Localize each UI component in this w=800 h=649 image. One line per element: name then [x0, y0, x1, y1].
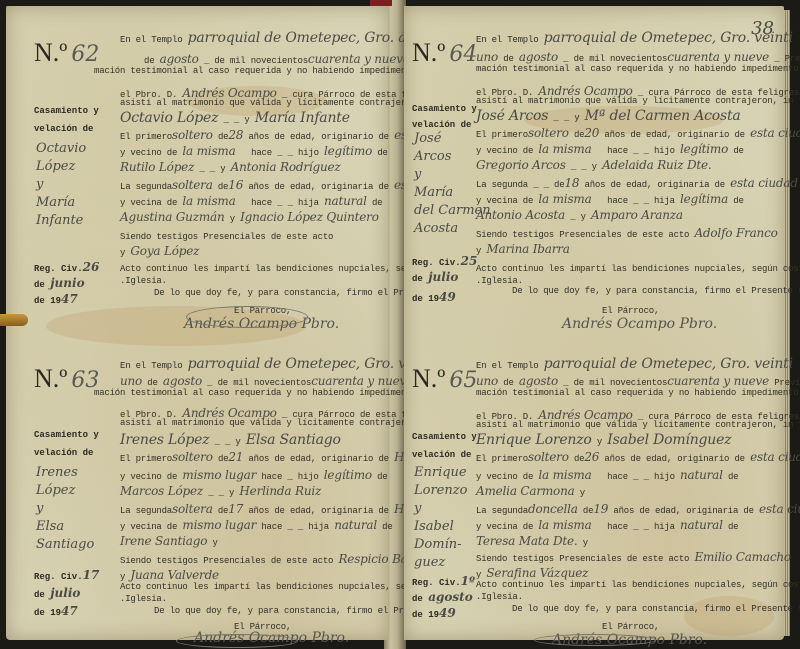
- bride-residence-line: y vecina de mismo lugar hace _ _ hija na…: [120, 518, 393, 532]
- priest-signature: Andrés Ocampo Pbro.: [562, 316, 717, 332]
- record-number: N.º65: [412, 364, 477, 394]
- margin-label: Casamiento y: [412, 432, 477, 442]
- groom-residence-line: y vecino de mismo lugar hace _ hijo legí…: [120, 468, 388, 482]
- civil-registry-month: de julio: [412, 270, 458, 284]
- blessing-line: Acto continuo les impartí las bendicione…: [476, 264, 800, 274]
- attest-line: De lo que doy fe, y para constancia, fir…: [512, 286, 800, 296]
- groom-residence-line: y vecino de la misma hace _ _ hijo natur…: [476, 468, 738, 482]
- couple-line: Octavio López _ _ y María Infante: [120, 110, 350, 126]
- bride-residence-line: y vecina de la misma hace _ _ hija legít…: [476, 192, 744, 206]
- blessing-line-2: .Iglesia.: [120, 276, 167, 286]
- right-page: 38 N.º64 En el Templo parroquial de Omet…: [404, 6, 784, 640]
- civil-registry-month: de junio: [34, 276, 85, 290]
- margin-label: velación de: [412, 120, 471, 130]
- civil-registry-month: de julio: [34, 586, 80, 600]
- info-line: mación testimonial al caso requerida y n…: [476, 388, 800, 398]
- bride-parents-line: Teresa Mata Dte. y: [476, 534, 588, 548]
- record-number: N.º64: [412, 38, 477, 68]
- bride-parents-line: Agustina Guzmán y Ignacio López Quintero: [120, 210, 379, 224]
- margin-label: Casamiento y: [34, 430, 99, 440]
- blessing-line-2: .Iglesia.: [476, 592, 523, 602]
- blessing-line: Acto continuo les impartí las bendicione…: [476, 580, 800, 590]
- margin-names: EnriqueLorenzoyIsabelDomín-guez: [414, 464, 467, 572]
- signature-flourish: [534, 634, 656, 646]
- signature-flourish: [186, 306, 308, 328]
- margin-label: Casamiento y: [412, 104, 477, 114]
- margin-label: velación de: [34, 124, 93, 134]
- witness2-line: y Marina Ibarra: [476, 242, 570, 256]
- margin-names: OctavioLópezyMaríaInfante: [36, 140, 86, 230]
- bookmark-ribbon: [0, 314, 28, 326]
- civil-registry: Reg. Civ.26: [34, 260, 99, 274]
- couple-line: José Arcos _ _ y Mª del Carmen Acosta: [476, 108, 741, 124]
- margin-names: JoséArcosyMaríadel CarmenAcosta: [414, 130, 491, 238]
- witnesses-line: Siendo testigos Presenciales de este act…: [120, 228, 333, 242]
- blessing-line-2: .Iglesia.: [120, 594, 167, 604]
- couple-line: Enrique Lorenzo y Isabel Domínguez: [476, 432, 731, 448]
- parroco-label: El Párroco,: [602, 306, 659, 316]
- attest-line: De lo que doy fe, y para constancia, fir…: [512, 604, 800, 614]
- margin-label: Casamiento y: [34, 106, 99, 116]
- marriage-record-65: N.º65 En el Templo parroquial de Ometepe…: [412, 346, 784, 646]
- bride-residence-line: y vecina de la misma hace _ _ hija natur…: [120, 194, 382, 208]
- civil-registry: Reg. Civ.1º: [412, 574, 475, 588]
- witnesses-line: Siendo testigos Presenciales de este act…: [476, 226, 778, 240]
- civil-registry-year: de 1947: [34, 292, 78, 306]
- left-page: N.º62 En el Templo parroquial de Ometepe…: [6, 6, 388, 640]
- witness2-line: y Juana Valverde: [120, 568, 219, 582]
- groom-parents-line: Rutilo López _ _ y Antonia Rodríguez: [120, 160, 341, 174]
- bride-residence-line: y vecina de la misma hace _ _ hija natur…: [476, 518, 738, 532]
- bride-age-line: La segunda _ _ de18 años de edad, origin…: [476, 176, 798, 190]
- groom-age-line: El primerosoltero de26 años de edad, ori…: [476, 450, 800, 464]
- record-number: N.º62: [34, 38, 99, 68]
- temple-line: En el Templo parroquial de Ometepec, Gro…: [476, 30, 793, 46]
- date-line: uno de agosto _ de mil novecientoscuaren…: [476, 50, 800, 64]
- temple-line: En el Templo parroquial de Ometepec, Gro…: [120, 30, 446, 46]
- witnesses-line: Siendo testigos Presenciales de este act…: [476, 550, 791, 564]
- blessing-line-2: .Iglesia.: [476, 276, 523, 286]
- signature-flourish: [176, 634, 298, 648]
- bride-age-line: La segundadoncella de19 años de edad, or…: [476, 502, 800, 516]
- groom-parents-line: Gregorio Arcos _ _ y Adelaida Ruiz Dte.: [476, 158, 712, 172]
- groom-age-line: El primerosoltero de20 años de edad, ori…: [476, 126, 800, 140]
- temple-line: En el Templo parroquial de Ometepec, Gro…: [120, 356, 437, 372]
- groom-parents-line: Marcos López _ _ y Herlinda Ruiz: [120, 484, 321, 498]
- open-register-book: N.º62 En el Templo parroquial de Ometepe…: [0, 0, 800, 649]
- civil-registry-month: de agosto: [412, 590, 473, 604]
- couple-line: Irenes López _ _ y Elsa Santiago: [120, 432, 341, 448]
- marriage-record-62: N.º62 En el Templo parroquial de Ometepe…: [34, 20, 406, 320]
- witness2-line: y Serafina Vázquez: [476, 566, 588, 580]
- bride-parents-line: Antonio Acosta _ y Amparo Aranza: [476, 208, 683, 222]
- margin-label: velación de: [34, 448, 93, 458]
- parroco-label: El Párroco,: [602, 622, 659, 632]
- groom-parents-line: Amelia Carmona y: [476, 484, 585, 498]
- groom-residence-line: y vecino de la misma hace _ _ hijo legít…: [120, 144, 388, 158]
- record-number: N.º63: [34, 364, 99, 394]
- ecclesiae-line: asistí al matrimonio que válida y lícita…: [476, 96, 800, 106]
- marriage-record-64: N.º64 En el Templo parroquial de Ometepe…: [412, 20, 784, 320]
- civil-registry-year: de 1949: [412, 606, 456, 620]
- marriage-record-63: N.º63 En el Templo parroquial de Ometepe…: [34, 346, 406, 646]
- civil-registry: Reg. Civ.17: [34, 568, 99, 582]
- civil-registry-year: de 1949: [412, 290, 456, 304]
- margin-names: IrenesLópezyElsaSantiago: [36, 464, 94, 554]
- temple-line: En el Templo parroquial de Ometepec, Gro…: [476, 356, 793, 372]
- margin-label: velación de: [412, 450, 471, 460]
- bride-parents-line: Irene Santiago y: [120, 534, 218, 548]
- civil-registry: Reg. Civ.25: [412, 254, 477, 268]
- witness2-line: y Goya López: [120, 244, 199, 258]
- groom-residence-line: y vecino de la misma hace _ _ hijo legít…: [476, 142, 744, 156]
- witnesses-line: Siendo testigos Presenciales de este act…: [120, 552, 441, 566]
- ecclesiae-line: asistí al matrimonio que válida y lícita…: [476, 420, 800, 430]
- civil-registry-year: de 1947: [34, 604, 78, 618]
- info-line: mación testimonial al caso requerida y n…: [476, 64, 800, 74]
- date-line: uno de agosto _ de mil novecientoscuaren…: [476, 374, 800, 388]
